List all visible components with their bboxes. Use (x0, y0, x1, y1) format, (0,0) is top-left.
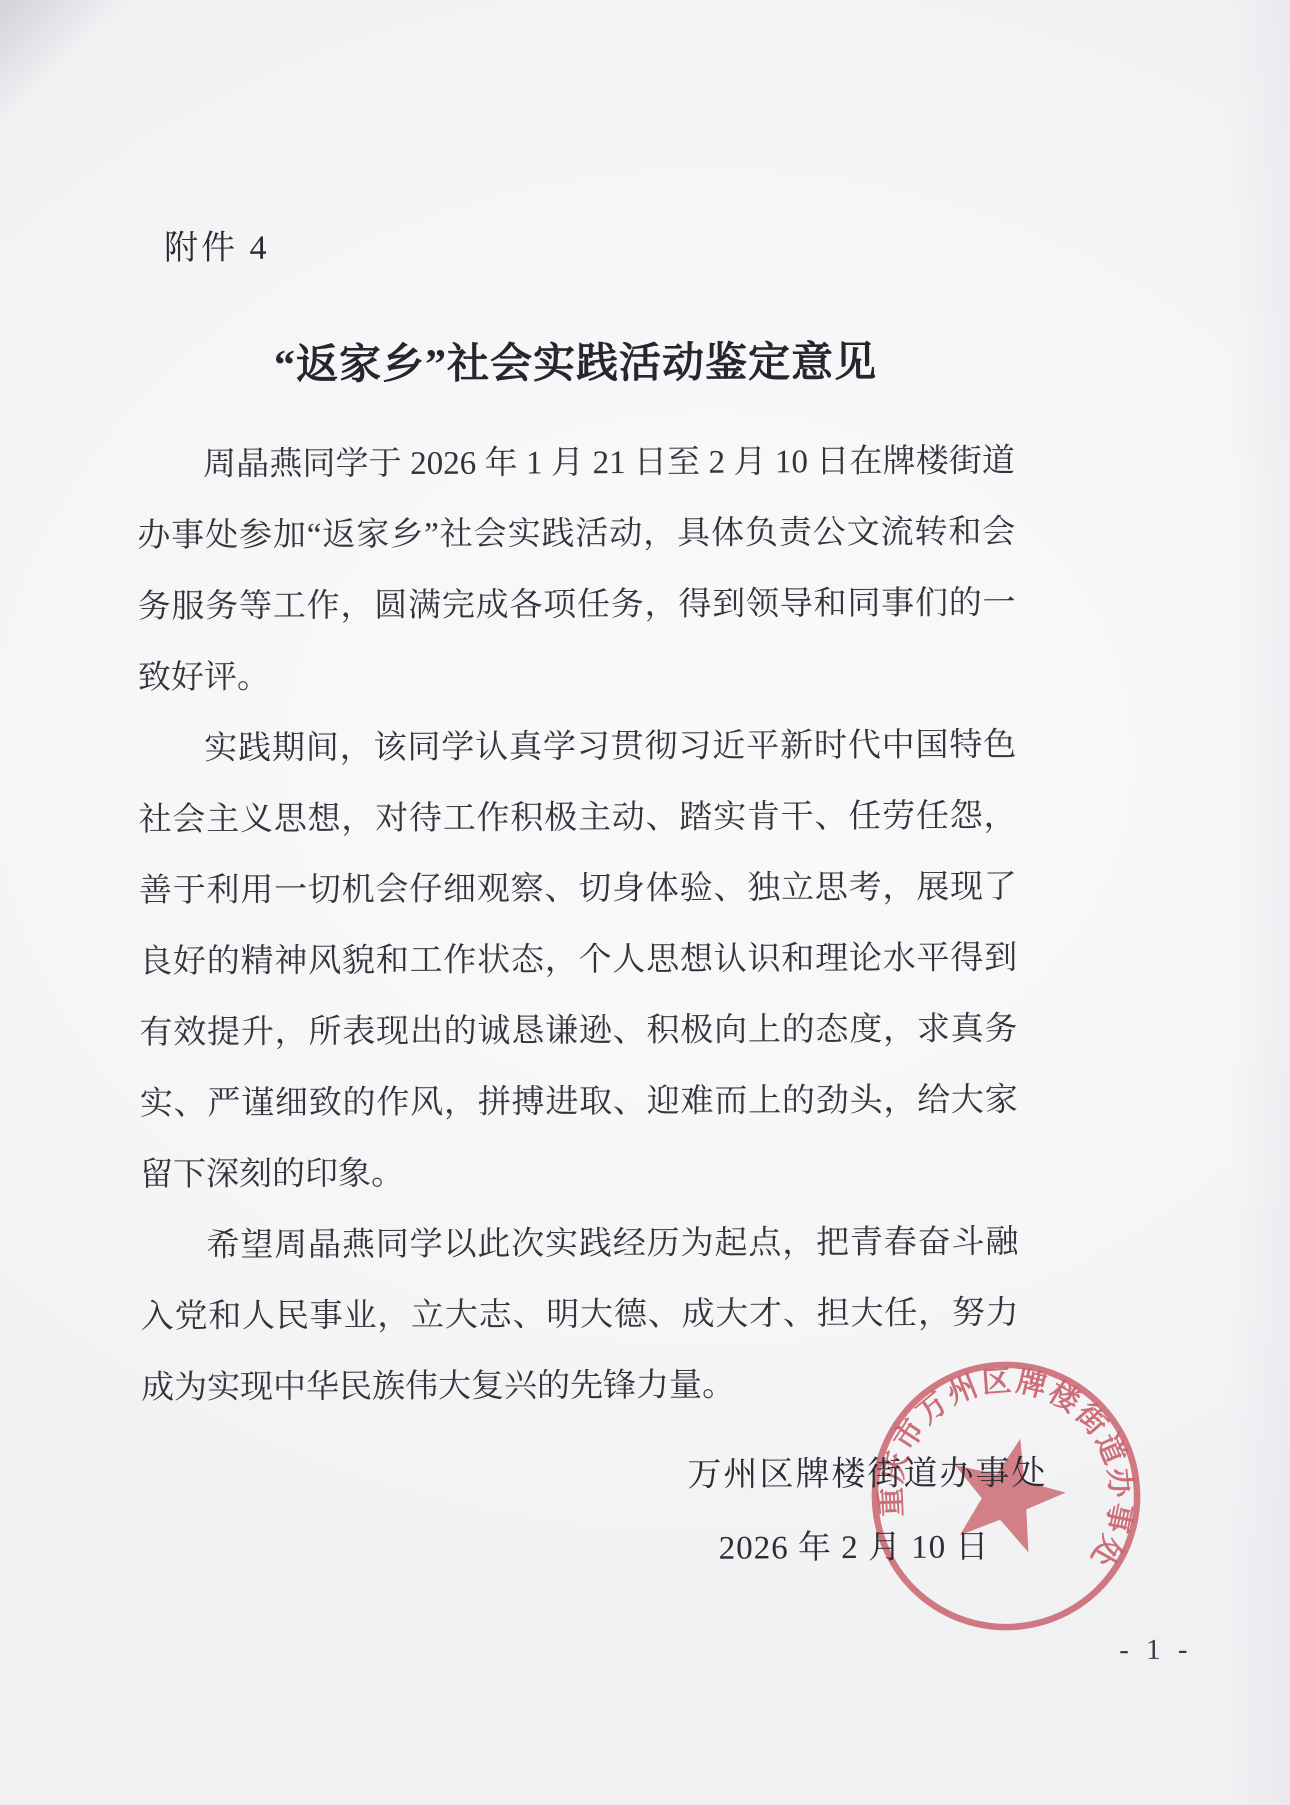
page-title: “返家乡”社会实践活动鉴定意见 (136, 328, 1014, 392)
page-number: - 1 - (1119, 1634, 1192, 1667)
paragraph-1: 周晶燕同学于 2026 年 1 月 21 日至 2 月 10 日在牌楼街道办事处… (137, 426, 1016, 714)
document-content: 附件 4 “返家乡”社会实践活动鉴定意见 周晶燕同学于 2026 年 1 月 2… (0, 0, 1290, 3)
paragraph-2: 实践期间，该同学认真学习贯彻习近平新时代中国特色社会主义思想，对待工作积极主动、… (138, 710, 1018, 1211)
document-body: 周晶燕同学于 2026 年 1 月 21 日至 2 月 10 日在牌楼街道办事处… (137, 426, 1019, 1424)
document-page: 重庆市万州区牌楼街道办事处 附件 4 “返家乡”社会实践活动鉴定意见 周晶燕同学… (0, 0, 1290, 1805)
signature-organization: 万州区牌楼街道办事处 (687, 1445, 1047, 1496)
signature-date: 2026 年 2 月 10 日 (719, 1521, 990, 1569)
paragraph-3: 希望周晶燕同学以此次实践经历为起点，把青春奋斗融入党和人民事业，立大志、明大德、… (140, 1207, 1019, 1424)
attachment-label: 附件 4 (164, 220, 270, 269)
